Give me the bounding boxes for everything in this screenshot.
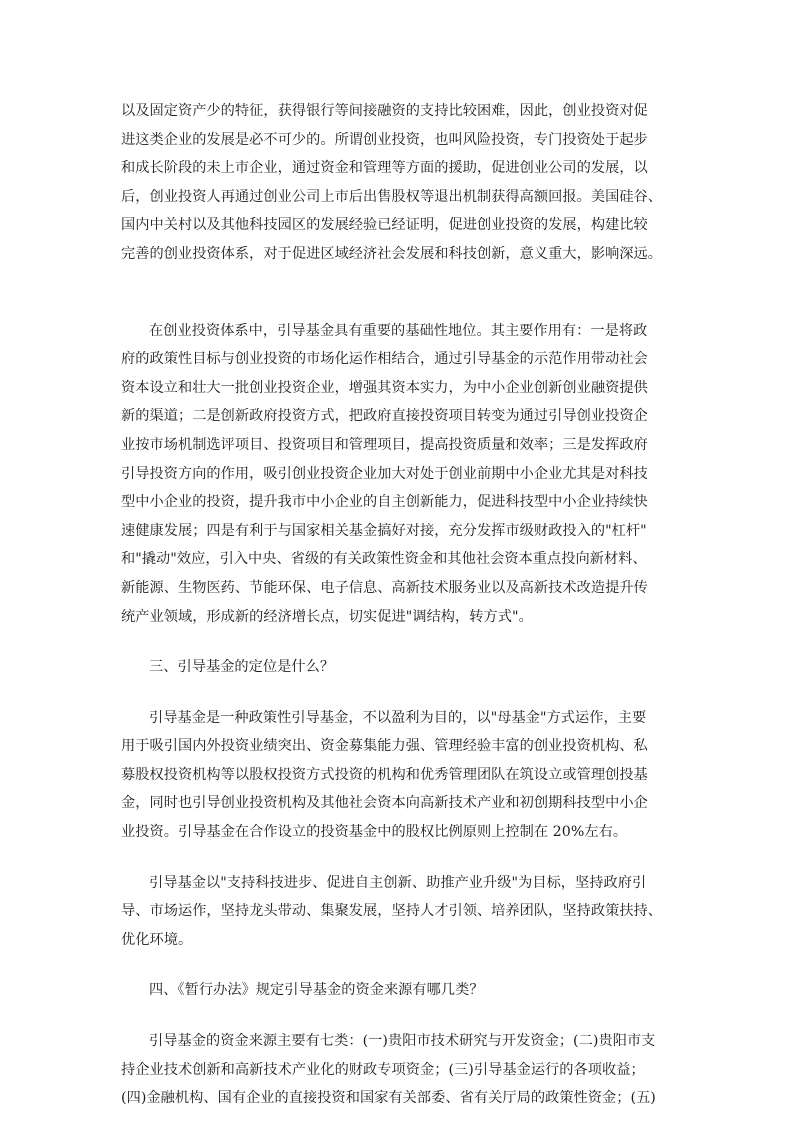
- text-line: 和成长阶段的未上市企业，通过资金和管理等方面的援助，促进创业公司的发展，以: [121, 154, 681, 183]
- text-line: 新的渠道；二是创新政府投资方式，把政府直接投资项目转变为通过引导创业投资企: [121, 402, 681, 431]
- text-line: (四)金融机构、国有企业的直接投资和国家有关部委、省有关厅局的政策性资金；(五): [121, 1084, 681, 1113]
- text-line: 进这类企业的发展是必不可少的。所谓创业投资，也叫风险投资，专门投资处于起步: [121, 126, 681, 155]
- text-line: 国内中关村以及其他科技园区的发展经验已经证明，促进创业投资的发展，构建比较: [121, 211, 681, 240]
- text-line: 业按市场机制选评项目、投资项目和管理项目，提高投资质量和效率；三是发挥政府: [121, 431, 681, 460]
- text-line: 引导基金的资金来源主要有七类：(一)贵阳市技术研究与开发资金；(二)贵阳市支: [121, 1027, 681, 1056]
- text-line: 府的政策性目标与创业投资的市场化运作相结合，通过引导基金的示范作用带动社会: [121, 345, 681, 374]
- text-line: 募股权投资机构等以股权投资方式投资的机构和优秀管理团队在筑设立或管理创投基: [121, 761, 681, 790]
- text-line: 优化环境。: [121, 926, 681, 955]
- paragraph-fund-sources: 引导基金的资金来源主要有七类：(一)贵阳市技术研究与开发资金；(二)贵阳市支 持…: [121, 1027, 681, 1113]
- text-line: 资本设立和壮大一批创业投资企业，增强其资本实力，为中小企业创新创业融资提供: [121, 374, 681, 403]
- text-line: 导、市场运作，坚持龙头带动、集聚发展，坚持人才引领、培养团队，坚持政策扶持、: [121, 897, 681, 926]
- text-line: 在创业投资体系中，引导基金具有重要的基础性地位。其主要作用有：一是将政: [121, 317, 681, 346]
- text-line: 引导投资方向的作用，吸引创业投资企业加大对处于创业前期中小企业尤其是对科技: [121, 460, 681, 489]
- paragraph-spacer: [121, 847, 681, 869]
- text-line: 完善的创业投资体系，对于促进区域经济社会发展和科技创新，意义重大，影响深远。: [121, 240, 681, 269]
- text-line: 金，同时也引导创业投资机构及其他社会资本向高新技术产业和初创期科技型中小企: [121, 789, 681, 818]
- text-line: 后，创业投资人再通过创业公司上市后出售股权等退出机制获得高额回报。美国硅谷、: [121, 183, 681, 212]
- paragraph-spacer: [121, 954, 681, 976]
- paragraph-fund-goals: 引导基金以"支持科技进步、促进自主创新、助推产业升级"为目标，坚持政府引 导、市…: [121, 869, 681, 955]
- text-line: 新能源、生物医药、节能环保、电子信息、高新技术服务业以及高新技术改造提升传: [121, 574, 681, 603]
- paragraph-spacer: [121, 682, 681, 704]
- paragraph-fund-positioning: 引导基金是一种政策性引导基金，不以盈利为目的，以"母基金"方式运作，主要 用于吸…: [121, 704, 681, 847]
- section-heading-3: 三、引导基金的定位是什么？: [121, 653, 681, 682]
- text-line: 型中小企业的投资，提升我市中小企业的自主创新能力，促进科技型中小企业持续快: [121, 488, 681, 517]
- text-line: 业投资。引导基金在合作设立的投资基金中的股权比例原则上控制在 20%左右。: [121, 818, 681, 847]
- text-line: 统产业领域，形成新的经济增长点，切实促进"调结构，转方式"。: [121, 603, 681, 632]
- paragraph-spacer: [121, 1005, 681, 1027]
- paragraph-spacer: [121, 269, 681, 317]
- paragraph-spacer: [121, 631, 681, 653]
- text-line: 速健康发展；四是有利于与国家相关基金搞好对接，充分发挥市级财政投入的"杠杆": [121, 517, 681, 546]
- text-line: 持企业技术创新和高新技术产业化的财政专项资金；(三)引导基金运行的各项收益；: [121, 1056, 681, 1085]
- text-line: 引导基金是一种政策性引导基金，不以盈利为目的，以"母基金"方式运作，主要: [121, 704, 681, 733]
- heading-text: 三、引导基金的定位是什么？: [121, 653, 681, 682]
- document-page: 以及固定资产少的特征，获得银行等间接融资的支持比较困难，因此，创业投资对促 进这…: [121, 97, 681, 1113]
- heading-text: 四、《暂行办法》规定引导基金的资金来源有哪几类？: [121, 976, 681, 1005]
- text-line: 用于吸引国内外投资业绩突出、资金募集能力强、管理经验丰富的创业投资机构、私: [121, 732, 681, 761]
- text-line: 和"撬动"效应，引入中央、省级的有关政策性资金和其他社会资本重点投向新材料、: [121, 545, 681, 574]
- section-heading-4: 四、《暂行办法》规定引导基金的资金来源有哪几类？: [121, 976, 681, 1005]
- paragraph-intro-continued: 以及固定资产少的特征，获得银行等间接融资的支持比较困难，因此，创业投资对促 进这…: [121, 97, 681, 269]
- paragraph-fund-role: 在创业投资体系中，引导基金具有重要的基础性地位。其主要作用有：一是将政 府的政策…: [121, 317, 681, 632]
- text-line: 引导基金以"支持科技进步、促进自主创新、助推产业升级"为目标，坚持政府引: [121, 869, 681, 898]
- text-line: 以及固定资产少的特征，获得银行等间接融资的支持比较困难，因此，创业投资对促: [121, 97, 681, 126]
